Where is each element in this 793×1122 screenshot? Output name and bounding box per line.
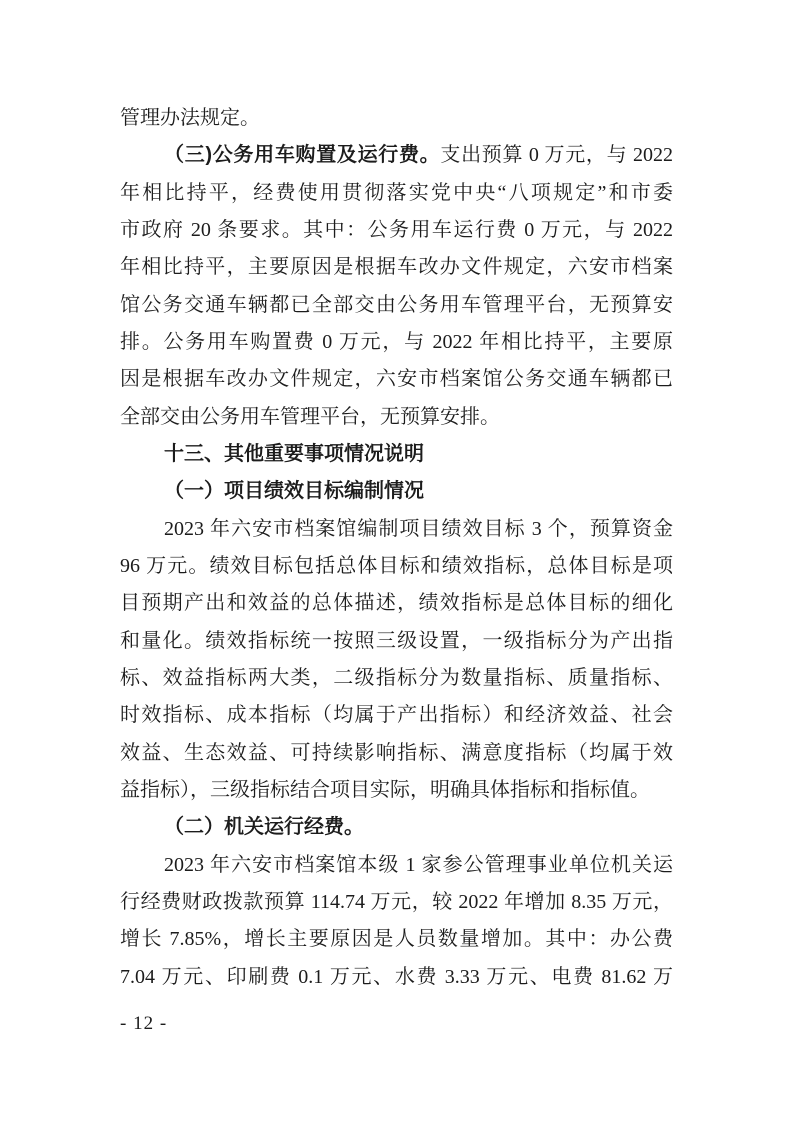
bold-text-run: （三)公务用车购置及运行费。: [164, 144, 440, 166]
text-run: 时效指标、成本指标（均属于产出指标）和经济效益、社会: [120, 704, 673, 726]
body-line-bold-lead: （三)公务用车购置及运行费。支出预算 0 万元，与 2022: [120, 137, 673, 174]
text-run: 年相比持平，主要原因是根据车改办文件规定，六安市档案: [120, 256, 673, 278]
body-line: 2023 年六安市档案馆编制项目绩效目标 3 个，预算资金: [120, 511, 673, 548]
text-run: 2023 年六安市档案馆本级 1 家参公管理事业单位机关运: [164, 854, 673, 876]
text-run: 7.04 万元、印刷费 0.1 万元、水费 3.33 万元、电费 81.62 万: [120, 966, 673, 988]
document-page: 管理办法规定。（三)公务用车购置及运行费。支出预算 0 万元，与 2022年相比…: [0, 0, 793, 1122]
document-body: 管理办法规定。（三)公务用车购置及运行费。支出预算 0 万元，与 2022年相比…: [120, 100, 673, 996]
text-run: 年相比持平，经费使用贯彻落实党中央“八项规定”和市委: [120, 182, 673, 204]
text-run: 全部交由公务用车管理平台，无预算安排。: [120, 406, 500, 428]
text-run: 市政府 20 条要求。其中：公务用车运行费 0 万元，与 2022: [120, 219, 673, 241]
text-run: 和量化。绩效指标统一按照三级设置，一级指标分为产出指: [120, 630, 673, 652]
body-line: 排。公务用车购置费 0 万元，与 2022 年相比持平，主要原: [120, 324, 673, 361]
body-line: 馆公务交通车辆都已全部交由公务用车管理平台，无预算安: [120, 287, 673, 324]
body-line: 时效指标、成本指标（均属于产出指标）和经济效益、社会: [120, 697, 673, 734]
body-line: 目预期产出和效益的总体描述，绩效指标是总体目标的细化: [120, 585, 673, 622]
text-run: 目预期产出和效益的总体描述，绩效指标是总体目标的细化: [120, 592, 673, 614]
bold-text-run: （二）机关运行经费。: [164, 816, 364, 838]
body-line: 行经费财政拨款预算 114.74 万元，较 2022 年增加 8.35 万元，: [120, 884, 673, 921]
body-line: 增长 7.85%，增长主要原因是人员数量增加。其中：办公费: [120, 921, 673, 958]
body-line: 市政府 20 条要求。其中：公务用车运行费 0 万元，与 2022: [120, 212, 673, 249]
text-run: 排。公务用车购置费 0 万元，与 2022 年相比持平，主要原: [120, 331, 673, 353]
page-number: - 12 -: [120, 1012, 167, 1036]
text-run: 2023 年六安市档案馆编制项目绩效目标 3 个，预算资金: [164, 518, 673, 540]
body-line: 益指标），三级指标结合项目实际，明确具体指标和指标值。: [120, 772, 673, 809]
body-line: 年相比持平，经费使用贯彻落实党中央“八项规定”和市委: [120, 175, 673, 212]
text-run: 益指标），三级指标结合项目实际，明确具体指标和指标值。: [120, 779, 650, 801]
bold-text-run: （一）项目绩效目标编制情况: [164, 480, 424, 502]
subsection-heading-2: （二）机关运行经费。: [120, 809, 673, 846]
subsection-heading-1: （一）项目绩效目标编制情况: [120, 473, 673, 510]
bold-text-run: 十三、其他重要事项情况说明: [164, 443, 424, 465]
text-run: 96 万元。绩效目标包括总体目标和绩效指标，总体目标是项: [120, 555, 673, 577]
body-line: 因是根据车改办文件规定，六安市档案馆公务交通车辆都已: [120, 361, 673, 398]
body-line: 和量化。绩效指标统一按照三级设置，一级指标分为产出指: [120, 623, 673, 660]
text-run: 支出预算 0 万元，与 2022: [440, 144, 673, 166]
text-run: 管理办法规定。: [120, 107, 260, 129]
text-run: 因是根据车改办文件规定，六安市档案馆公务交通车辆都已: [120, 368, 673, 390]
body-line: 效益、生态效益、可持续影响指标、满意度指标（均属于效: [120, 735, 673, 772]
text-run: 效益、生态效益、可持续影响指标、满意度指标（均属于效: [120, 742, 673, 764]
body-line: 全部交由公务用车管理平台，无预算安排。: [120, 399, 673, 436]
text-run: 增长 7.85%，增长主要原因是人员数量增加。其中：办公费: [120, 928, 673, 950]
body-line: 标、效益指标两大类，二级指标分为数量指标、质量指标、: [120, 660, 673, 697]
body-line: 管理办法规定。: [120, 100, 673, 137]
text-run: 馆公务交通车辆都已全部交由公务用车管理平台，无预算安: [120, 294, 673, 316]
body-line: 7.04 万元、印刷费 0.1 万元、水费 3.33 万元、电费 81.62 万: [120, 959, 673, 996]
section-heading-13: 十三、其他重要事项情况说明: [120, 436, 673, 473]
text-run: 标、效益指标两大类，二级指标分为数量指标、质量指标、: [120, 667, 673, 689]
text-run: 行经费财政拨款预算 114.74 万元，较 2022 年增加 8.35 万元，: [120, 891, 673, 913]
body-line: 2023 年六安市档案馆本级 1 家参公管理事业单位机关运: [120, 847, 673, 884]
body-line: 96 万元。绩效目标包括总体目标和绩效指标，总体目标是项: [120, 548, 673, 585]
body-line: 年相比持平，主要原因是根据车改办文件规定，六安市档案: [120, 249, 673, 286]
